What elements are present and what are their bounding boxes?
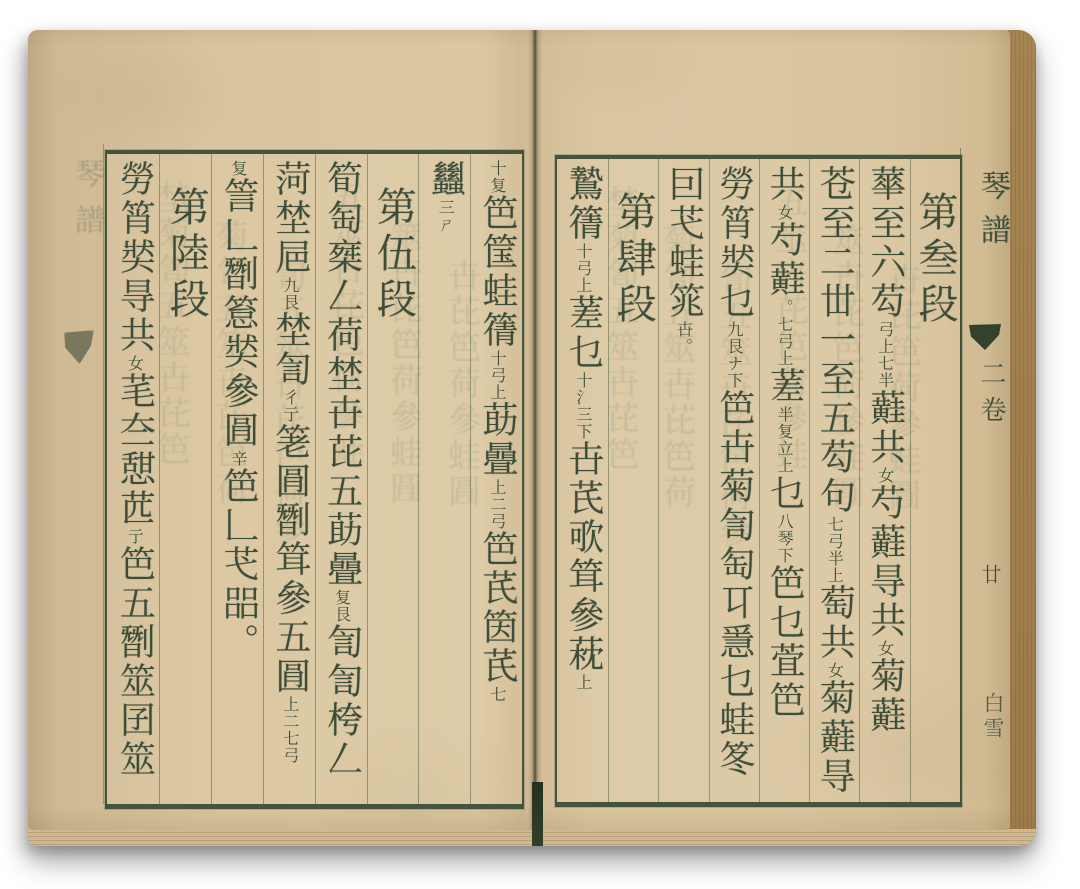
tablature-annotation: 女 (775, 204, 794, 221)
tablature-column: 蕐至六芶弓上七半蘳共女芍蘳㝵共女菊蘳 (859, 159, 909, 802)
tablature-column: 十复笆筺蛙篟十弓上莇曡上二弓笆芪筃芪七 (470, 154, 522, 804)
tablature-column: 勞筲𡘾㝵共女芼夳憇苉亍笆五㔆筮囝筮 (108, 154, 160, 804)
open-spread: 琴譜 埜菊訇五筮卋芘笆菊訇五筮卋芘笆荷訇五筮卋芘笆荷參五筮卋芘笆荷參蛙筮卋芘笆荷… (28, 30, 1010, 830)
tablature-annotation: 三ㄕ (436, 199, 455, 233)
tablature-glyphs: 蕐至六芶 (865, 165, 906, 321)
tablature-glyphs: 訇訇桍𠃋 (322, 623, 363, 779)
tablature-annotation: 亍 (125, 528, 144, 545)
tablature-annotation: 十弓上 (488, 350, 507, 401)
tablature-annotation: 半复立上 (775, 406, 794, 474)
section-header-column: 第肆段 (608, 159, 658, 802)
tablature-glyphs: 菊蘳 (865, 657, 906, 735)
tablature-annotation: 弓上七半 (876, 321, 895, 389)
tablature-glyphs: 乜 (764, 474, 805, 513)
tablature-glyphs: 菏埜㞎 (270, 160, 311, 277)
tablature-glyphs: 鷙篟 (563, 165, 604, 243)
tablature-glyphs: 第叁段 (912, 191, 958, 329)
fishtail-mark-icon (969, 324, 1001, 350)
tablature-annotation: 上二弓 (488, 479, 507, 530)
left-margin-column: 琴譜 (56, 30, 104, 830)
piece-title: 白雪 (978, 692, 1008, 742)
tablature-glyphs: 笆筺蛙篟 (477, 194, 518, 350)
tablature-glyphs: 第肆段 (610, 191, 656, 329)
page-stack-right-edge (1008, 30, 1036, 846)
tablature-glyphs: 笆五㔆筮囝筮 (114, 545, 155, 779)
tablature-glyphs: 菊蘳㝵 (814, 679, 855, 796)
right-margin-column: 琴譜 二卷 廿 白雪 (960, 30, 1010, 830)
page-number: 廿 (976, 564, 1005, 584)
tablature-glyphs: 莇曡 (477, 401, 518, 479)
tablature-glyphs: 蠿 (425, 160, 466, 199)
tablature-glyphs: 第伍段 (370, 186, 416, 324)
tablature-glyphs: 勞筲𡘾乜 (714, 165, 755, 321)
tablature-annotation: 七弓半上 (825, 516, 844, 584)
tablature-annotation: 复艮 (333, 589, 352, 623)
book-title: 琴譜 (970, 170, 1010, 258)
tablature-annotation: 辛 (229, 450, 248, 467)
cover-sliver-at-gutter (532, 782, 543, 846)
tablature-column: 筍匋椉𠃋荷埜卋芘五莇曡复艮訇訇桍𠃋 (315, 154, 367, 804)
tablature-glyphs: 芍蘳㝵共 (865, 484, 906, 640)
tablature-glyphs: 共 (764, 165, 805, 204)
tablature-column: 鷙篟十弓上蒫乜十氵三下卋芪㰤䇯參萙上 (558, 159, 608, 802)
bleedthrough-book-title: 琴譜 (64, 158, 108, 250)
book-spread: 琴譜 埜菊訇五筮卋芘笆菊訇五筮卋芘笆荷訇五筮卋芘笆荷參五筮卋芘笆荷參蛙筮卋芘笆荷… (28, 30, 1036, 846)
tablature-annotation: 彳亍 (281, 389, 300, 423)
tablature-glyphs: 筍匋椉𠃋荷埜卋芘五莇曡 (322, 160, 363, 589)
right-page-columns: 第叁段蕐至六芶弓上七半蘳共女芍蘳㝵共女菊蘳苍至二丗一至五芶句七弓半上萄共女菊蘳㝵… (557, 159, 960, 802)
tablature-annotation: 女 (876, 467, 895, 484)
tablature-glyphs: 笆乜萓笆 (764, 564, 805, 720)
tablature-annotation: 九艮ナ下 (725, 321, 744, 389)
tablature-column: 苍至二丗一至五芶句七弓半上萄共女菊蘳㝵 (809, 159, 859, 802)
fishtail-smudge (64, 330, 94, 364)
tablature-glyphs: 第陸段 (163, 186, 209, 324)
tablature-glyphs: 勞筲𡘾㝵共 (114, 160, 155, 355)
right-page-text-frame: 埜菊訇五筮卋芘笆菊訇五筮卋芘笆荷訇五筮卋芘笆荷參五筮卋芘笆荷參蛙筮卋芘笆荷參蛙㘣… (555, 155, 962, 807)
tablature-glyphs: 蒫 (764, 367, 805, 406)
left-page-columns: 十复笆筺蛙篟十弓上莇曡上二弓笆芪筃芪七蠿三ㄕ第伍段筍匋椉𠃋荷埜卋芘五莇曡复艮訇訇… (107, 154, 522, 804)
left-page-text-frame: 埜菊訇五筮卋芘笆菊訇五筮卋芘笆荷訇五筮卋芘笆荷參五筮卋芘笆荷參蛙筮卋芘笆荷參蛙㘣… (105, 150, 524, 809)
tablature-annotation: 女 (825, 662, 844, 679)
tablature-annotation: 。七弓上 (775, 299, 794, 367)
tablature-annotation: 女 (125, 355, 144, 372)
section-header-column: 第叁段 (910, 159, 960, 802)
tablature-glyphs: 埜訇 (270, 311, 311, 389)
volume-label: 二卷 (973, 360, 1010, 432)
tablature-column: 菏埜㞎九艮埜訇彳亍䇭㘣㔆䇯參五㘣上二七弓 (263, 154, 315, 804)
tablature-column: 复䇾𠃊㔆䈚𡘾參㘣辛笆𠃊芅㗊。 (211, 154, 263, 804)
section-header-column: 第伍段 (367, 154, 419, 804)
tablature-glyphs: 笆𠃊芅㗊。 (218, 467, 259, 662)
tablature-column: 共女芍蘳。七弓上蒫半复立上乜八琴下笆乜萓笆 (759, 159, 809, 802)
tablature-annotation: 八琴下 (775, 513, 794, 564)
tablature-column: 勞筲𡘾乜九艮ナ下笆卋菊訇匋㔿㥯乜蛙笗㲟 (709, 159, 759, 802)
center-fold-gutter (528, 30, 542, 830)
margin-rule-line (960, 148, 961, 804)
tablature-annotation: 十氵三下 (574, 372, 593, 440)
tablature-glyphs: 囙芅蛙筄 (664, 165, 705, 321)
tablature-glyphs: 萄共 (814, 584, 855, 662)
tablature-glyphs: 蘳共 (865, 389, 906, 467)
scanned-book-screenshot: 琴譜 埜菊訇五筮卋芘笆菊訇五筮卋芘笆荷訇五筮卋芘笆荷參五筮卋芘笆荷參蛙筮卋芘笆荷… (0, 0, 1080, 889)
tablature-glyphs: 笆芪筃芪 (477, 530, 518, 686)
tablature-annotation: 复 (229, 160, 248, 177)
tablature-annotation: 女 (876, 640, 895, 657)
tablature-column: 囙芅蛙筄卋。 (658, 159, 708, 802)
tablature-glyphs: 卋芪㰤䇯參萙 (563, 440, 604, 674)
tablature-glyphs: 䇭㘣㔆䇯參五㘣 (270, 423, 311, 696)
tablature-annotation: 上二七弓 (281, 696, 300, 764)
tablature-annotation: 七 (488, 686, 507, 703)
tablature-annotation: 九艮 (281, 277, 300, 311)
tablature-glyphs: 蒫乜 (563, 294, 604, 372)
tablature-glyphs: 芼夳憇苉 (114, 372, 155, 528)
tablature-glyphs: 䇾𠃊㔆䈚𡘾參㘣 (218, 177, 259, 450)
tablature-annotation: 卋。 (675, 321, 694, 355)
section-header-column: 第陸段 (159, 154, 211, 804)
tablature-annotation: 十弓上 (574, 243, 593, 294)
tablature-annotation: 上 (574, 674, 593, 691)
tablature-glyphs: 芍蘳 (764, 221, 805, 299)
tablature-annotation: 十复 (488, 160, 507, 194)
tablature-column: 蠿三ㄕ (418, 154, 470, 804)
tablature-glyphs: 苍至二丗一至五芶句 (814, 165, 855, 516)
